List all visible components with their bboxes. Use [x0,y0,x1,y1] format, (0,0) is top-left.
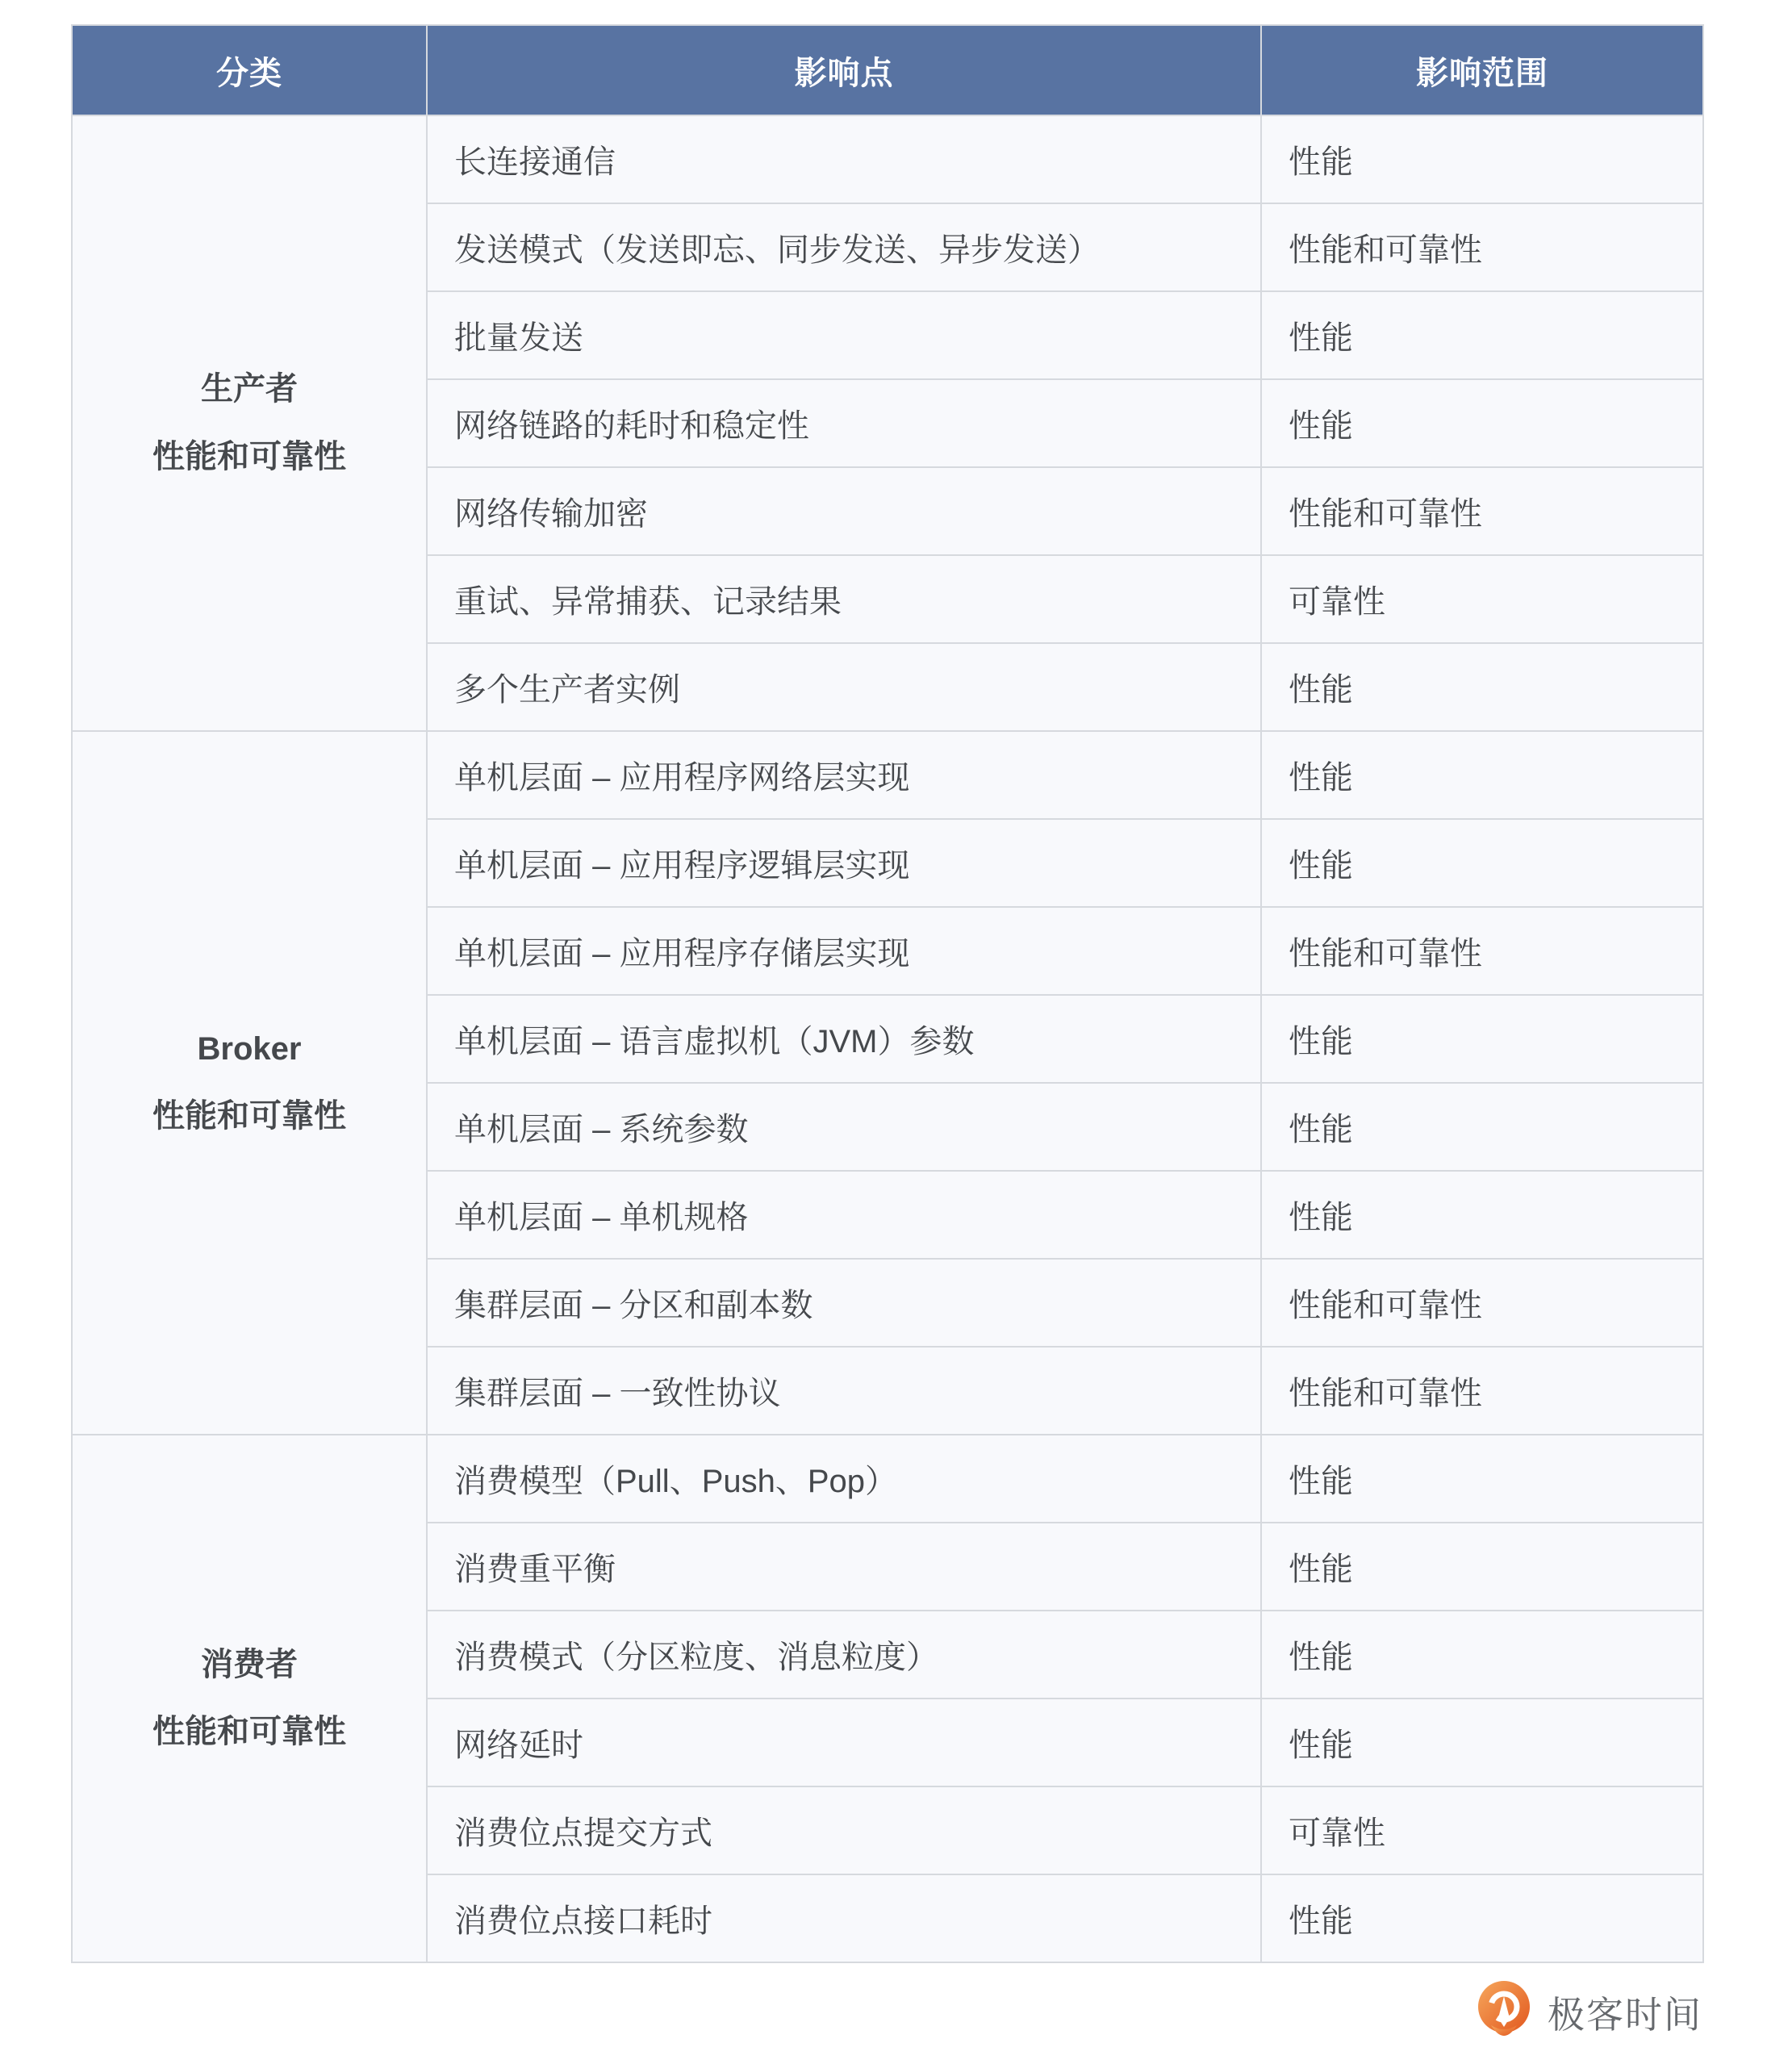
category-cell-consumer: 消费者 性能和可靠性 [72,1435,427,1962]
geektime-logo-icon [1473,1980,1535,2045]
page: 分类 影响点 影响范围 生产者 性能和可靠性 长连接通信 性能 发送模式（发送即… [0,0,1792,2060]
impact-point-cell: 消费模型（Pull、Push、Pop） [427,1435,1261,1523]
impact-scope-cell: 性能 [1261,643,1703,731]
impact-point-cell: 消费重平衡 [427,1523,1261,1611]
table-row: Broker 性能和可靠性 单机层面 – 应用程序网络层实现 性能 [72,731,1703,819]
category-cell-producer: 生产者 性能和可靠性 [72,115,427,731]
impact-scope-cell: 性能和可靠性 [1261,1347,1703,1435]
impact-point-cell: 单机层面 – 系统参数 [427,1083,1261,1171]
impact-scope-cell: 性能 [1261,1435,1703,1523]
impact-point-cell: 网络延时 [427,1699,1261,1786]
impact-scope-cell: 性能 [1261,291,1703,379]
impact-scope-cell: 可靠性 [1261,1786,1703,1874]
impact-point-cell: 多个生产者实例 [427,643,1261,731]
impact-point-cell: 消费位点接口耗时 [427,1874,1261,1962]
impact-scope-cell: 性能 [1261,1699,1703,1786]
brand-footer: 极客时间 [1473,1979,1702,2046]
impact-scope-cell: 可靠性 [1261,555,1703,643]
impact-point-cell: 消费模式（分区粒度、消息粒度） [427,1611,1261,1699]
impact-scope-cell: 性能 [1261,1874,1703,1962]
impact-point-cell: 集群层面 – 分区和副本数 [427,1259,1261,1347]
impact-point-cell: 消费位点提交方式 [427,1786,1261,1874]
header-impact-scope: 影响范围 [1261,25,1703,115]
impact-scope-cell: 性能 [1261,1523,1703,1611]
impact-scope-cell: 性能和可靠性 [1261,203,1703,291]
category-line: 性能和可靠性 [73,1699,425,1765]
impact-point-cell: 单机层面 – 单机规格 [427,1171,1261,1259]
impact-scope-cell: 性能 [1261,1171,1703,1259]
category-cell-broker: Broker 性能和可靠性 [72,731,427,1435]
impact-scope-cell: 性能 [1261,731,1703,819]
impact-scope-cell: 性能 [1261,819,1703,907]
category-line: 性能和可靠性 [73,1083,425,1150]
impact-scope-cell: 性能和可靠性 [1261,1259,1703,1347]
impact-table: 分类 影响点 影响范围 生产者 性能和可靠性 长连接通信 性能 发送模式（发送即… [71,24,1704,1963]
impact-point-cell: 批量发送 [427,291,1261,379]
impact-point-cell: 发送模式（发送即忘、同步发送、异步发送） [427,203,1261,291]
header-category: 分类 [72,25,427,115]
impact-point-cell: 集群层面 – 一致性协议 [427,1347,1261,1435]
header-impact-point: 影响点 [427,25,1261,115]
category-line: 生产者 [73,356,425,423]
impact-scope-cell: 性能和可靠性 [1261,907,1703,995]
category-line: 消费者 [73,1632,425,1699]
table-row: 消费者 性能和可靠性 消费模型（Pull、Push、Pop） 性能 [72,1435,1703,1523]
category-line: 性能和可靠性 [73,424,425,491]
category-line: Broker [73,1016,425,1083]
impact-point-cell: 长连接通信 [427,115,1261,203]
impact-point-cell: 单机层面 – 应用程序网络层实现 [427,731,1261,819]
impact-point-cell: 单机层面 – 语言虚拟机（JVM）参数 [427,995,1261,1083]
impact-scope-cell: 性能 [1261,1611,1703,1699]
impact-scope-cell: 性能 [1261,379,1703,467]
impact-point-cell: 重试、异常捕获、记录结果 [427,555,1261,643]
impact-point-cell: 单机层面 – 应用程序存储层实现 [427,907,1261,995]
impact-scope-cell: 性能 [1261,115,1703,203]
impact-point-cell: 单机层面 – 应用程序逻辑层实现 [427,819,1261,907]
impact-scope-cell: 性能 [1261,995,1703,1083]
brand-name: 极客时间 [1548,1986,1702,2039]
impact-scope-cell: 性能 [1261,1083,1703,1171]
impact-scope-cell: 性能和可靠性 [1261,467,1703,555]
impact-point-cell: 网络链路的耗时和稳定性 [427,379,1261,467]
header-row: 分类 影响点 影响范围 [72,25,1703,115]
impact-point-cell: 网络传输加密 [427,467,1261,555]
table-row: 生产者 性能和可靠性 长连接通信 性能 [72,115,1703,203]
